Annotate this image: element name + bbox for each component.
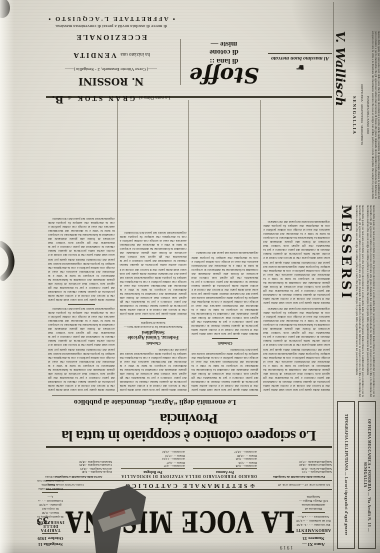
timetable-row: Senigallia-Arcevia . . 8,30 [266,466,332,470]
timetable-row: Accelerato . . 21,02 [121,450,185,454]
body-column: mentre della quale per non sono stati de… [46,100,118,392]
railway-timetable-groups: Per Ancona Accelerato . . 0,28 Diretto .… [116,450,262,473]
masthead-subtitle: SETTIMANALE CATTOLICO [123,482,247,488]
rossini-advertisement: ☛ Al massimo buon mercato Stoffe di lana… [46,28,332,98]
wallisch-ad-title: V. Wallisch [334,31,349,199]
body-text: mentre della quale per non sono stati de… [192,251,259,336]
ad-line2-text: di merce di assoluta novità a prezzi di … [46,24,176,29]
body-column: mentre della quale per non sono stati de… [261,100,332,392]
handwritten-page-number: 33 [35,514,49,526]
timetable-row: Senigallia-Pergola . . 7,15 [266,470,332,474]
vertical-ad-officina-text: OFFICINA MECCANICA e FONDERIA — Via Arsi… [364,406,372,544]
timetable-row: Accelerato . . 11,54 [121,457,185,461]
timetable-row: Corinaldo-Senigallia . 18,05 [46,463,112,467]
body-text: mentre della quale per non sono stati de… [192,347,259,392]
wallisch-founded-text: FONDATA NELL'ANNO 1865 [365,31,370,199]
ad-granstok-text: GRAN STOK [75,94,135,102]
ad-cta-text: • AFFRETTATE L'ACQUISTO • [46,15,176,22]
abbonamenti-row: Sostenitore . . . . » 8,— [296,515,331,519]
messersi-ad-title: MESSERSI [339,205,354,397]
per-ancona-column: Per Ancona Accelerato . . 0,28 Diretto .… [193,450,257,473]
page-header: Anno XI — Numero 33 ABBONAMENTI Per un a… [46,492,332,550]
ad-di-text: di [68,94,72,99]
ad-line1-text: ha iniziato una [121,51,150,56]
bus-arrivals-table: Arrivi delle Automobili a Senigallia Per… [46,450,112,478]
ad-badge-text: Al massimo buon mercato [268,53,332,61]
postal-note: Conto corrente con la Posta [48,483,123,487]
abbonamenti-row: Per un semestre . . » 2,50 [296,519,331,523]
issue-box: Anno XI — Numero 33 ABBONAMENTI Per un a… [295,492,332,550]
section-marker: Chiedali. [192,341,259,345]
timetable-row: Arcevia-Senigallia . . 10,25 [46,466,112,470]
divider [42,534,58,535]
ad-intro-line: La nota Ditta al GRAN STOK di B. N. ROSS… [46,73,176,109]
vertical-ad-small-text: mentre della quale per non sono stati de… [367,205,376,397]
timetable-row: Accelerato . . 4,37 [121,464,185,468]
ad-address: ——( Corso Vittorio Emanuele, 2 - Senigal… [46,67,176,72]
body-text: mentre della quale per non sono stati de… [120,231,187,316]
timetable-row: Accelerato . . 18,37 [193,450,257,454]
timetable-row: Accelerato . . 0,28 [193,464,257,468]
timetable-band: Partenze delle Automobili da Senigallia … [46,446,332,480]
vertical-ad-tipografia-text: TIPOGRAFIA LILLIPUTIANA — Lavori tipogra… [345,406,349,544]
railway-timetable: ORARIO FERROVIARIO DELLA STAZIONE DI SEN… [116,450,262,478]
federation-heading: Federaz. Unioni Agricole Senigalliesi [120,329,187,340]
divider [68,304,95,305]
vertical-ad-tipografia: TIPOGRAFIA LILLIPUTIANA — Lavori tipogra… [338,401,356,549]
masthead: 1919 LA VOCE MISENA [65,492,294,550]
timetable-row: Senigallia-Mondolfo . 17,10 [266,459,332,463]
article-columns: mentre della quale per non sono stati de… [46,100,332,392]
wallisch-trades-text: OREFICERIA · ARGENTERIA · MARGHERITA [359,31,364,199]
divider [302,513,325,514]
bus-arrivals-title: Arrivi delle Automobili a Senigallia [46,474,112,478]
scanned-newspaper-page: OFFICINA MECCANICA e FONDERIA — Via Arsi… [0,0,380,553]
abbonamenti-row: Per un anno . . . . L. 4,50 [296,523,331,527]
timetable-row: Pergola-Senigallia . . 9,40 [46,470,112,474]
per-bologna-column: Per Bologna Accelerato . . 4,37 Diretto … [121,450,185,473]
issue-number-line: Anno XI — Numero 33 [296,536,331,547]
timetable-row: Diretto . . . 13,08 [193,454,257,458]
timetable-row: Diretto . . . 5,56 [193,461,257,465]
messersi-ad: mentre della quale per non sono stati de… [339,205,376,397]
federation-subheading: Federazione Italiana fra i Lavoratori de… [120,321,187,328]
wallisch-ad-lines: FONDATA NELL'ANNO 1865 OREFICERIA · ARGE… [351,31,370,199]
cross-ornament-icon: ✠ [250,482,254,488]
body-text: mentre della quale per non sono stati de… [263,220,330,305]
main-headline: Lo sciopero colonico è scoppiato in tutt… [46,409,332,443]
newspaper-sheet: OFFICINA MECCANICA e FONDERIA — Via Arsi… [0,0,380,553]
timetable-row: Diretto . . . 6,27 [121,461,185,465]
body-column: mentre della quale per non sono stati de… [118,100,190,392]
vertical-ad-officina: OFFICINA MECCANICA e FONDERIA — Via Arsi… [359,401,377,549]
divider [140,318,167,319]
sub-headline: Le enormità degli “Agrari„ denunciate al… [52,395,258,407]
wallisch-ad: mentre della quale per non sono stati de… [334,31,380,199]
railway-timetable-title: ORARIO FERROVIARIO DELLA STAZIONE DI SEN… [116,474,262,478]
ad-intro-text: La nota Ditta al [139,94,170,99]
subtitle-band: Un numero cent. 10 — arretrato cent. 20 … [46,480,332,490]
ad-product-line: miste — [184,39,264,48]
pointing-hand-icon: ☛ [268,61,332,71]
per-bologna-label: Per Bologna [121,469,185,474]
body-text: mentre della quale per non sono stati de… [263,307,330,392]
timetable-row: Senigallia-Corinaldo . 16,40 [266,463,332,467]
ad-copy-block: La nota Ditta al GRAN STOK di B. N. ROSS… [46,15,176,109]
page-main-area: Anno XI — Numero 33 ABBONAMENTI Per un a… [46,0,332,553]
page-right-margin: 33 [0,0,44,553]
margin-ads-rail: OFFICINA MECCANICA e FONDERIA — Via Arsi… [333,2,380,551]
ad-product-line: di cotone [184,48,264,57]
body-column: mentre della quale per non sono stati de… [190,100,262,392]
ad-badge: ☛ Al massimo buon mercato [268,53,332,71]
section-marker: Chiedali. [120,341,187,345]
timetable-row: Mondolfo-Senigallia . 18,50 [46,459,112,463]
ad-product-block: Stoffe di lana :: di cotone miste — [180,39,264,85]
bus-departures-table: Partenze delle Automobili da Senigallia … [266,450,332,478]
timetable-row: Diretto . . . 17,33 [121,454,185,458]
divider [302,534,325,535]
ad-product-title: Stoffe [184,65,264,85]
vertical-ad-small-text: mentre della quale per non sono stati de… [356,205,365,397]
rotated-page: OFFICINA MECCANICA e FONDERIA — Via Arsi… [0,0,380,553]
body-text: mentre della quale per non sono stati de… [48,307,115,392]
bus-departures-title: Partenze delle Automobili da Senigallia [266,474,332,478]
masthead-title: LA VOCE MISENA [65,504,294,538]
price-note: Un numero cent. 10 — arretrato cent. 20 [255,483,330,487]
admin-line: Uff. Borgo Borgia — Senigallia [296,495,331,503]
year-mark: 1919 [279,544,293,549]
body-text: mentre della quale per non sono stati de… [120,347,187,392]
divider [42,493,58,494]
boxed-vertical-ads: OFFICINA MECCANICA e FONDERIA — Via Arsi… [338,403,377,549]
ad-vendita-line: ha iniziato una VENDITA ECCEZIONALE [46,30,176,66]
wallisch-city-text: SENIGALLIA [351,31,358,199]
admin-line: Direzione ed Amministrazione [296,503,331,511]
per-ancona-label: Per Ancona [193,469,257,474]
body-text: mentre della quale per non sono stati de… [48,217,115,302]
divider [212,338,239,339]
abbonamenti-title: ABBONAMENTI [296,528,331,532]
vertical-ad-small-text: mentre della quale per non sono stati de… [372,31,380,199]
timetable-row: Accelerato . . 9,45 [193,457,257,461]
